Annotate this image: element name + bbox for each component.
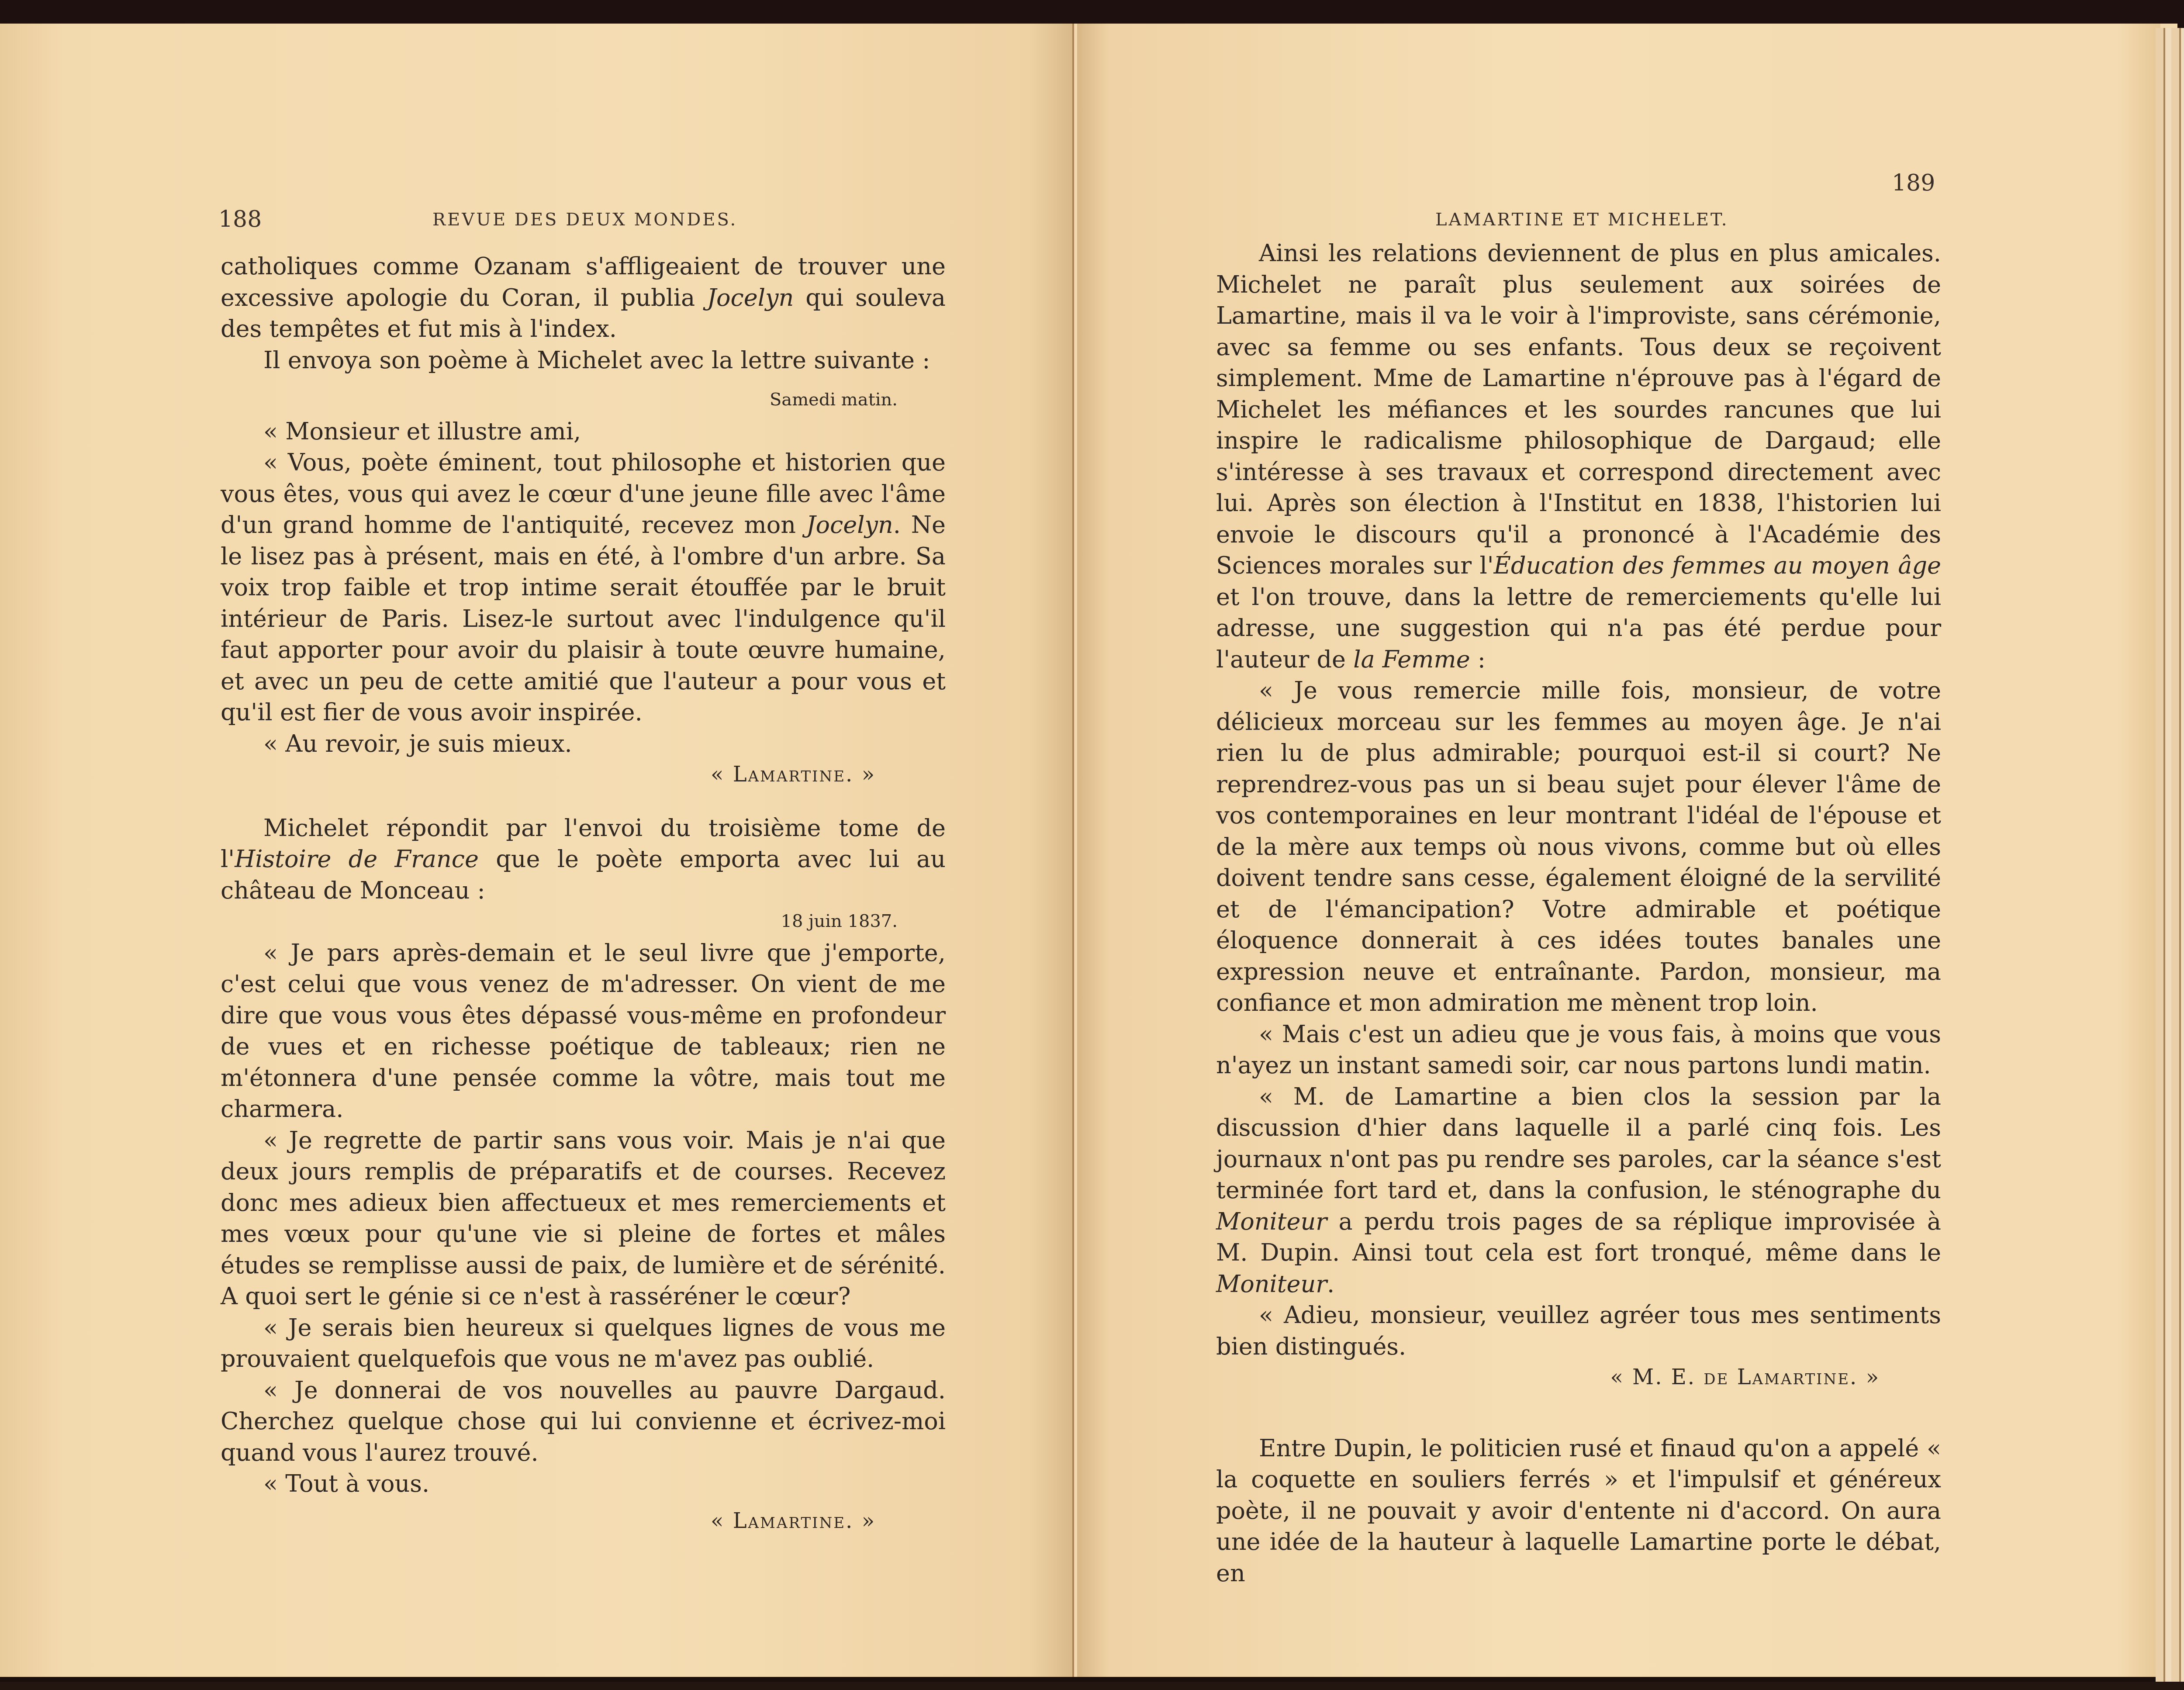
open-book-spread: 188 REVUE DES DEUX MONDES. catholiques c… — [0, 24, 2177, 1677]
paragraph: « Adieu, monsieur, veuillez agréer tous … — [1216, 1299, 1941, 1362]
paragraph: « Mais c'est un adieu que je vous fais, … — [1216, 1019, 1941, 1081]
paragraph: Entre Dupin, le politicien rusé et finau… — [1216, 1433, 1941, 1589]
signature: « Lamartine. » — [221, 1506, 946, 1537]
paragraph: « M. de Lamartine a bien clos la session… — [1216, 1081, 1941, 1300]
page-stack-edge — [2156, 28, 2184, 1688]
paragraph: « Je regrette de partir sans vous voir. … — [221, 1125, 946, 1312]
dateline: 18 juin 1837. — [221, 906, 946, 937]
dateline: Samedi matin. — [221, 384, 946, 416]
spacer — [1216, 1393, 1941, 1433]
running-head-left: REVUE DES DEUX MONDES. — [432, 210, 737, 230]
page-number-right: 189 — [1892, 170, 1935, 196]
spacer — [221, 791, 946, 812]
paragraph: « Au revoir, je suis mieux. — [221, 728, 946, 760]
paragraph: « Tout à vous. — [221, 1468, 946, 1500]
scan-background-bottom — [0, 1682, 2184, 1690]
paragraph: catholiques comme Ozanam s'affligeaient … — [221, 251, 946, 345]
paragraph: Ainsi les relations deviennent de plus e… — [1216, 238, 1941, 675]
paragraph: « Je donnerai de vos nouvelles au pauvre… — [221, 1375, 946, 1469]
page-number-left: 188 — [218, 206, 262, 232]
signature: « M. E. de Lamartine. » — [1216, 1362, 1941, 1393]
paragraph: « Vous, poète éminent, tout philosophe e… — [221, 447, 946, 728]
right-page: LAMARTINE ET MICHELET. 189 Ainsi les rel… — [1077, 24, 2160, 1677]
right-page-text: Ainsi les relations deviennent de plus e… — [1216, 238, 1941, 1589]
left-page-text: catholiques comme Ozanam s'affligeaient … — [221, 251, 946, 1537]
running-head-right: LAMARTINE ET MICHELET. — [1435, 210, 1728, 230]
paragraph: « Je pars après-demain et le seul livre … — [221, 937, 946, 1125]
left-page: 188 REVUE DES DEUX MONDES. catholiques c… — [0, 24, 1074, 1677]
paragraph: Michelet répondit par l'envoi du troisiè… — [221, 812, 946, 906]
scan-background-top — [0, 0, 2184, 25]
paragraph: Il envoya son poème à Michelet avec la l… — [221, 345, 946, 376]
paragraph: « Je serais bien heureux si quelques lig… — [221, 1312, 946, 1375]
signature: « Lamartine. » — [221, 759, 946, 791]
letter-salutation: « Monsieur et illustre ami, — [221, 416, 946, 447]
paragraph: « Je vous remercie mille fois, monsieur,… — [1216, 675, 1941, 1019]
